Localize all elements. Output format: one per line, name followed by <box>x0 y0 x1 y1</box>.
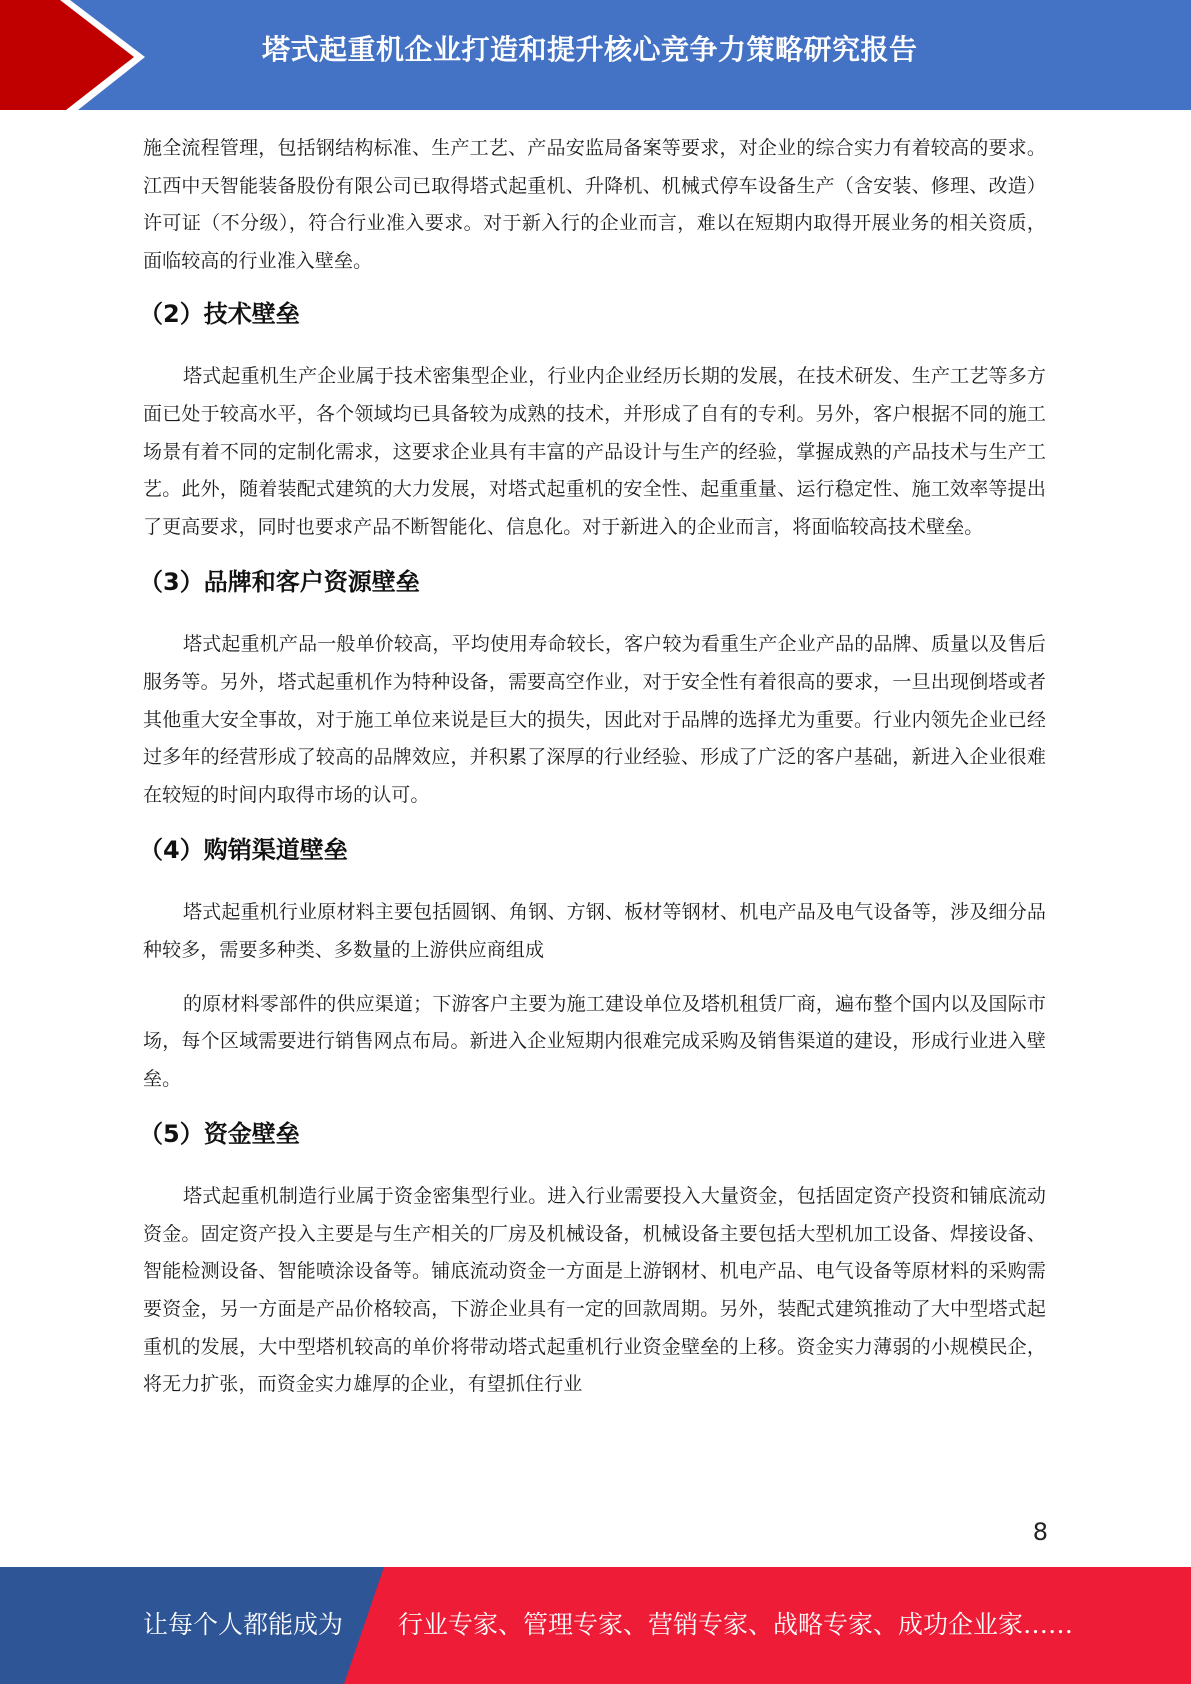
footer-slogan-left: 让每个人都能成为 <box>143 1605 343 1645</box>
page-number: 8 <box>1033 1518 1048 1546</box>
section-heading-brand-customer-barrier: （3）品牌和客户资源壁垒 <box>139 562 1042 602</box>
page-footer: 让每个人都能成为 行业专家、管理专家、营销专家、战略专家、成功企业家…… <box>0 1567 1191 1684</box>
page-header: 塔式起重机企业打造和提升核心竞争力策略研究报告 <box>0 0 1191 110</box>
document-body: 施全流程管理，包括钢结构标准、生产工艺、产品安监局备案等要求，对企业的综合实力有… <box>143 130 1046 1404</box>
paragraph: 塔式起重机制造行业属于资金密集型行业。进入行业需要投入大量资金，包括固定资产投资… <box>143 1178 1046 1404</box>
footer-slogan-right: 行业专家、管理专家、营销专家、战略专家、成功企业家…… <box>398 1605 1073 1645</box>
paragraph: 塔式起重机行业原材料主要包括圆钢、角钢、方钢、板材等钢材、机电产品及电气设备等，… <box>143 894 1046 969</box>
report-title: 塔式起重机企业打造和提升核心竞争力策略研究报告 <box>262 26 918 74</box>
paragraph: 的原材料零部件的供应渠道；下游客户主要为施工建设单位及塔机租赁厂商，遍布整个国内… <box>143 986 1046 1099</box>
paragraph: 施全流程管理，包括钢结构标准、生产工艺、产品安监局备案等要求，对企业的综合实力有… <box>143 130 1046 280</box>
section-heading-technology-barrier: （2）技术壁垒 <box>139 294 1042 334</box>
paragraph: 塔式起重机生产企业属于技术密集型企业，行业内企业经历长期的发展，在技术研发、生产… <box>143 358 1046 546</box>
chevron-logo-icon <box>0 0 200 110</box>
section-heading-channel-barrier: （4）购销渠道壁垒 <box>139 830 1042 870</box>
paragraph: 塔式起重机产品一般单价较高，平均使用寿命较长，客户较为看重生产企业产品的品牌、质… <box>143 626 1046 814</box>
section-heading-capital-barrier: （5）资金壁垒 <box>139 1114 1042 1154</box>
